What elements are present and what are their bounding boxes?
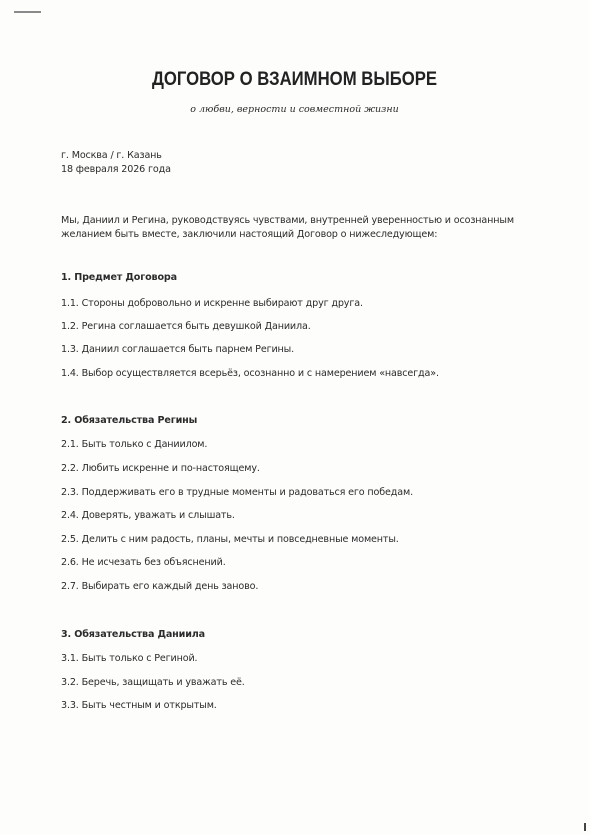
- document-date: 18 февраля 2026 года: [61, 164, 171, 175]
- clause: 2.5. Делить с ним радость, планы, мечты …: [61, 534, 399, 545]
- clause: 1.1. Стороны добровольно и искренне выби…: [61, 298, 363, 309]
- clause: 2.6. Не исчезать без объяснений.: [61, 557, 226, 568]
- intro-line: желанием быть вместе, заключили настоящи…: [61, 229, 437, 240]
- clause: 2.1. Быть только с Даниилом.: [61, 439, 207, 450]
- document-page: ДОГОВОР О ВЗАИМНОМ ВЫБОРЕ о любви, верно…: [0, 0, 589, 835]
- clause: 1.4. Выбор осуществляется всерьёз, осозн…: [61, 368, 439, 379]
- document-subtitle: о любви, верности и совместной жизни: [0, 104, 589, 115]
- clause: 1.2. Регина соглашается быть девушкой Да…: [61, 321, 311, 332]
- clause: 2.3. Поддерживать его в трудные моменты …: [61, 487, 413, 498]
- clause: 2.4. Доверять, уважать и слышать.: [61, 510, 235, 521]
- clause: 3.1. Быть только с Региной.: [61, 653, 197, 664]
- clause: 3.3. Быть честным и открытым.: [61, 700, 217, 711]
- document-place: г. Москва / г. Казань: [61, 150, 162, 161]
- section-heading: 2. Обязательства Регины: [61, 415, 197, 426]
- clause: 1.3. Даниил соглашается быть парнем Реги…: [61, 344, 294, 355]
- section-heading: 3. Обязательства Даниила: [61, 629, 205, 640]
- scan-mark: [14, 11, 41, 13]
- intro-line: Мы, Даниил и Регина, руководствуясь чувс…: [61, 215, 514, 226]
- edge-mark: [584, 823, 586, 831]
- clause: 3.2. Беречь, защищать и уважать её.: [61, 677, 245, 688]
- clause: 2.7. Выбирать его каждый день заново.: [61, 581, 258, 592]
- document-title: ДОГОВОР О ВЗАИМНОМ ВЫБОРЕ: [35, 69, 553, 91]
- clause: 2.2. Любить искренне и по-настоящему.: [61, 463, 260, 474]
- section-heading: 1. Предмет Договора: [61, 272, 177, 283]
